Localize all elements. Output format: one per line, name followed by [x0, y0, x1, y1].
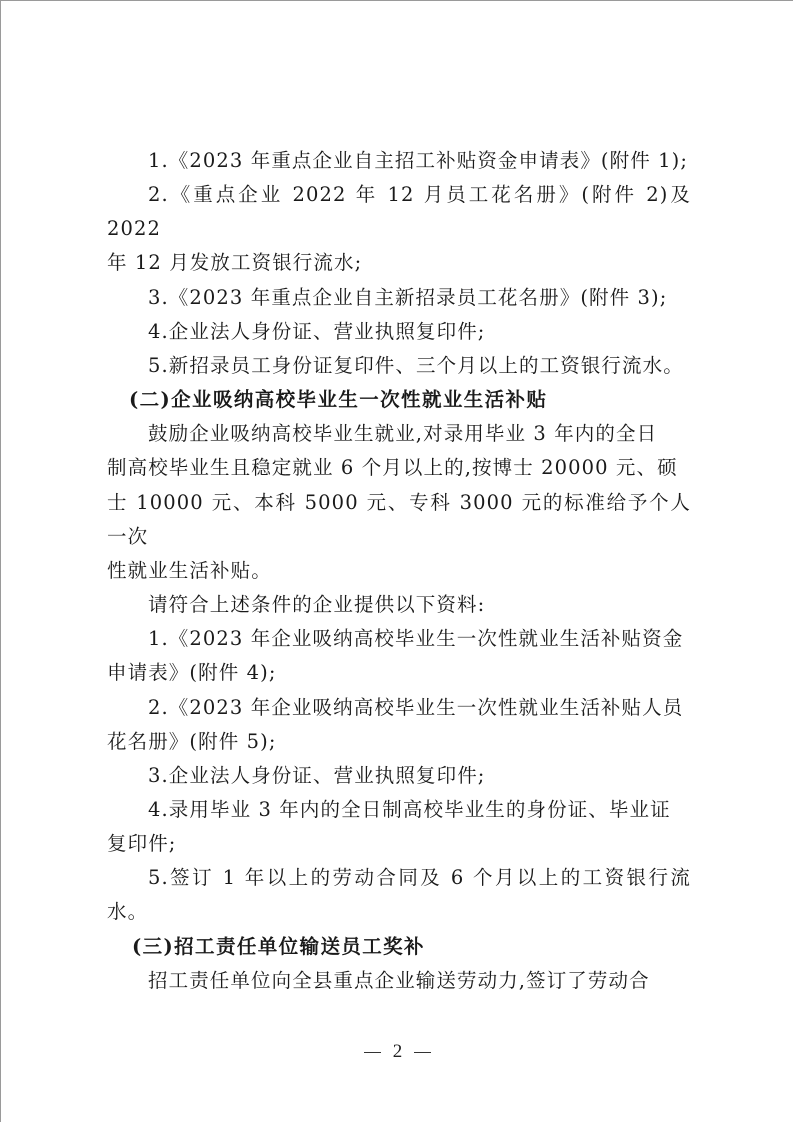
list-item-4-graduate-docs-line-1: 4.录用毕业 3 年内的全日制高校毕业生的身份证、毕业证: [107, 793, 691, 827]
section-heading-2: (二)企业吸纳高校毕业生一次性就业生活补贴: [107, 383, 691, 417]
body-paragraph-line-2: 制高校毕业生且稳定就业 6 个月以上的,按博士 20000 元、硕: [107, 451, 691, 485]
list-item-4-graduate-docs-line-2: 复印件;: [107, 827, 691, 861]
body-paragraph-recruitment: 招工责任单位向全县重点企业输送劳动力,签订了劳动合: [107, 964, 691, 998]
list-item-4-id-license: 4.企业法人身份证、营业执照复印件;: [107, 315, 691, 349]
materials-intro: 请符合上述条件的企业提供以下资料:: [107, 588, 691, 622]
list-item-5-contract-statement: 5.签订 1 年以上的劳动合同及 6 个月以上的工资银行流水。: [107, 861, 691, 929]
list-item-1-graduate-form-line-1: 1.《2023 年企业吸纳高校毕业生一次性就业生活补贴资金: [107, 622, 691, 656]
body-paragraph-line-3: 士 10000 元、本科 5000 元、专科 3000 元的标准给予个人一次: [107, 486, 691, 554]
list-item-2-graduate-roster-line-1: 2.《2023 年企业吸纳高校毕业生一次性就业生活补贴人员: [107, 691, 691, 725]
list-item-5-bank-statement: 5.新招录员工身份证复印件、三个月以上的工资银行流水。: [107, 349, 691, 383]
dash-right-decoration: [414, 1052, 431, 1053]
list-item-1-graduate-form-line-2: 申请表》(附件 4);: [107, 656, 691, 690]
document-body: 1.《2023 年重点企业自主招工补贴资金申请表》(附件 1); 2.《重点企业…: [107, 144, 691, 998]
list-item-3-new-hire-roster: 3.《2023 年重点企业自主新招录员工花名册》(附件 3);: [107, 281, 691, 315]
page-number-footer: 2: [1, 1041, 793, 1063]
dash-left-decoration: [364, 1052, 381, 1053]
list-item-2-roster-line-2: 年 12 月发放工资银行流水;: [107, 246, 691, 280]
list-item-2-graduate-roster-line-2: 花名册》(附件 5);: [107, 725, 691, 759]
section-heading-3: (三)招工责任单位输送员工奖补: [107, 930, 691, 964]
document-page: 1.《2023 年重点企业自主招工补贴资金申请表》(附件 1); 2.《重点企业…: [0, 0, 793, 1122]
list-item-1-application-form: 1.《2023 年重点企业自主招工补贴资金申请表》(附件 1);: [107, 144, 691, 178]
list-item-3-id-license: 3.企业法人身份证、营业执照复印件;: [107, 759, 691, 793]
page-number: 2: [393, 1041, 403, 1062]
list-item-2-roster-line-1: 2.《重点企业 2022 年 12 月员工花名册》(附件 2)及 2022: [107, 178, 691, 246]
body-paragraph-line-4: 性就业生活补贴。: [107, 554, 691, 588]
body-paragraph-line-1: 鼓励企业吸纳高校毕业生就业,对录用毕业 3 年内的全日: [107, 417, 691, 451]
